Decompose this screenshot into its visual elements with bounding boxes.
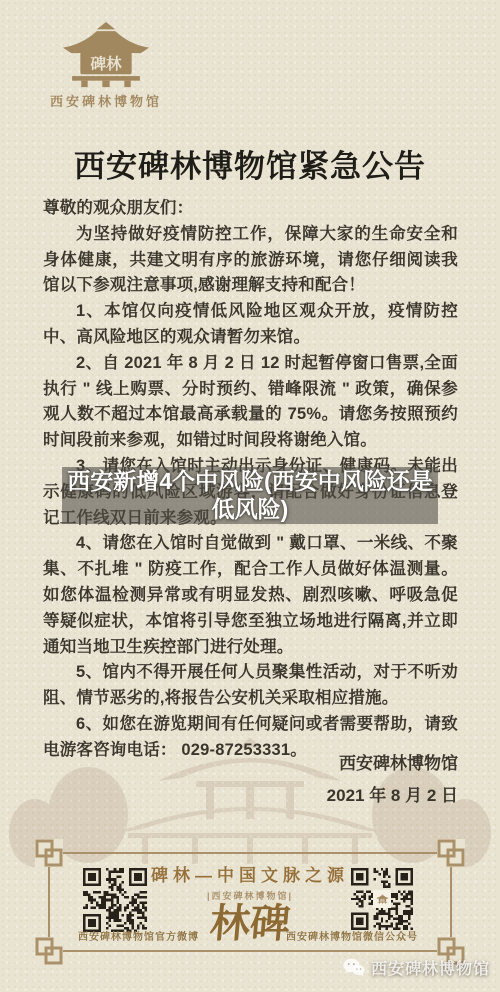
banner-slogan: 碑林—中国文脉之源 [140, 861, 360, 886]
notice-item-2: 2、自 2021 年 8 月 2 日 12 时起暂停窗口售票,全面执行 " 线上… [43, 351, 458, 454]
notice-page: 西安碑林博物馆 西安碑林博物馆紧急公告 尊敬的观众朋友们： 为坚持做好疫情防控工… [0, 0, 500, 992]
corner-knot-icon [33, 935, 65, 967]
news-overlay-band: 西安新增4个中风险(西安中风险还是低风险) [62, 467, 438, 524]
corner-knot-icon [33, 837, 65, 869]
notice-item-4: 4、请您在入馆时自觉做到 " 戴口罩、一米线、不聚集、不扎堆 " 防疫工作，配合… [43, 531, 458, 660]
qr-center-logo [374, 891, 390, 907]
news-overlay-text: 西安新增4个中风险(西安中风险还是低风险) [62, 468, 438, 523]
signature-block: 西安碑林博物馆 2021 年 8 月 2 日 [327, 748, 458, 812]
weibo-qr-code [83, 868, 147, 932]
promo-banner-frame: 碑林—中国文脉之源 |西安碑林博物馆| 林碑 西安碑林博物馆官方微博 西安碑林博… [48, 852, 452, 952]
signature-date: 2021 年 8 月 2 日 [327, 780, 458, 812]
wechat-icon [343, 958, 365, 977]
wechat-qr-code [351, 868, 413, 930]
notice-title: 西安碑林博物馆紧急公告 [0, 141, 500, 186]
wechat-caption: 西安碑林博物馆微信公众号 [286, 928, 418, 943]
notice-item-1: 1、本馆仅向疫情低风险地区观众开放，疫情防控中、高风险地区的观众请暂勿来馆。 [43, 299, 458, 351]
corner-knot-icon [435, 837, 467, 869]
channel-watermark-text: 西安碑林博物馆 [371, 956, 490, 979]
channel-watermark: 西安碑林博物馆 [343, 956, 490, 979]
signature-name: 西安碑林博物馆 [327, 748, 458, 780]
weibo-caption: 西安碑林博物馆官方微博 [78, 928, 199, 943]
intro-paragraph: 为坚持做好疫情防控工作，保障大家的生命安全和身体健康，共建文明有序的旅游环境，请… [43, 222, 458, 299]
banner-calligraphy: 林碑 [208, 902, 292, 946]
greeting-line: 尊敬的观众朋友们： [43, 196, 458, 222]
notice-item-5: 5、馆内不得开展任何人员聚集性活动，对于不听劝阻、情节恶劣的,将报告公安机关采取… [43, 660, 458, 712]
pagoda-logo-icon [59, 22, 153, 88]
logo-caption: 西安碑林博物馆 [40, 91, 172, 110]
museum-logo: 西安碑林博物馆 [40, 22, 172, 110]
